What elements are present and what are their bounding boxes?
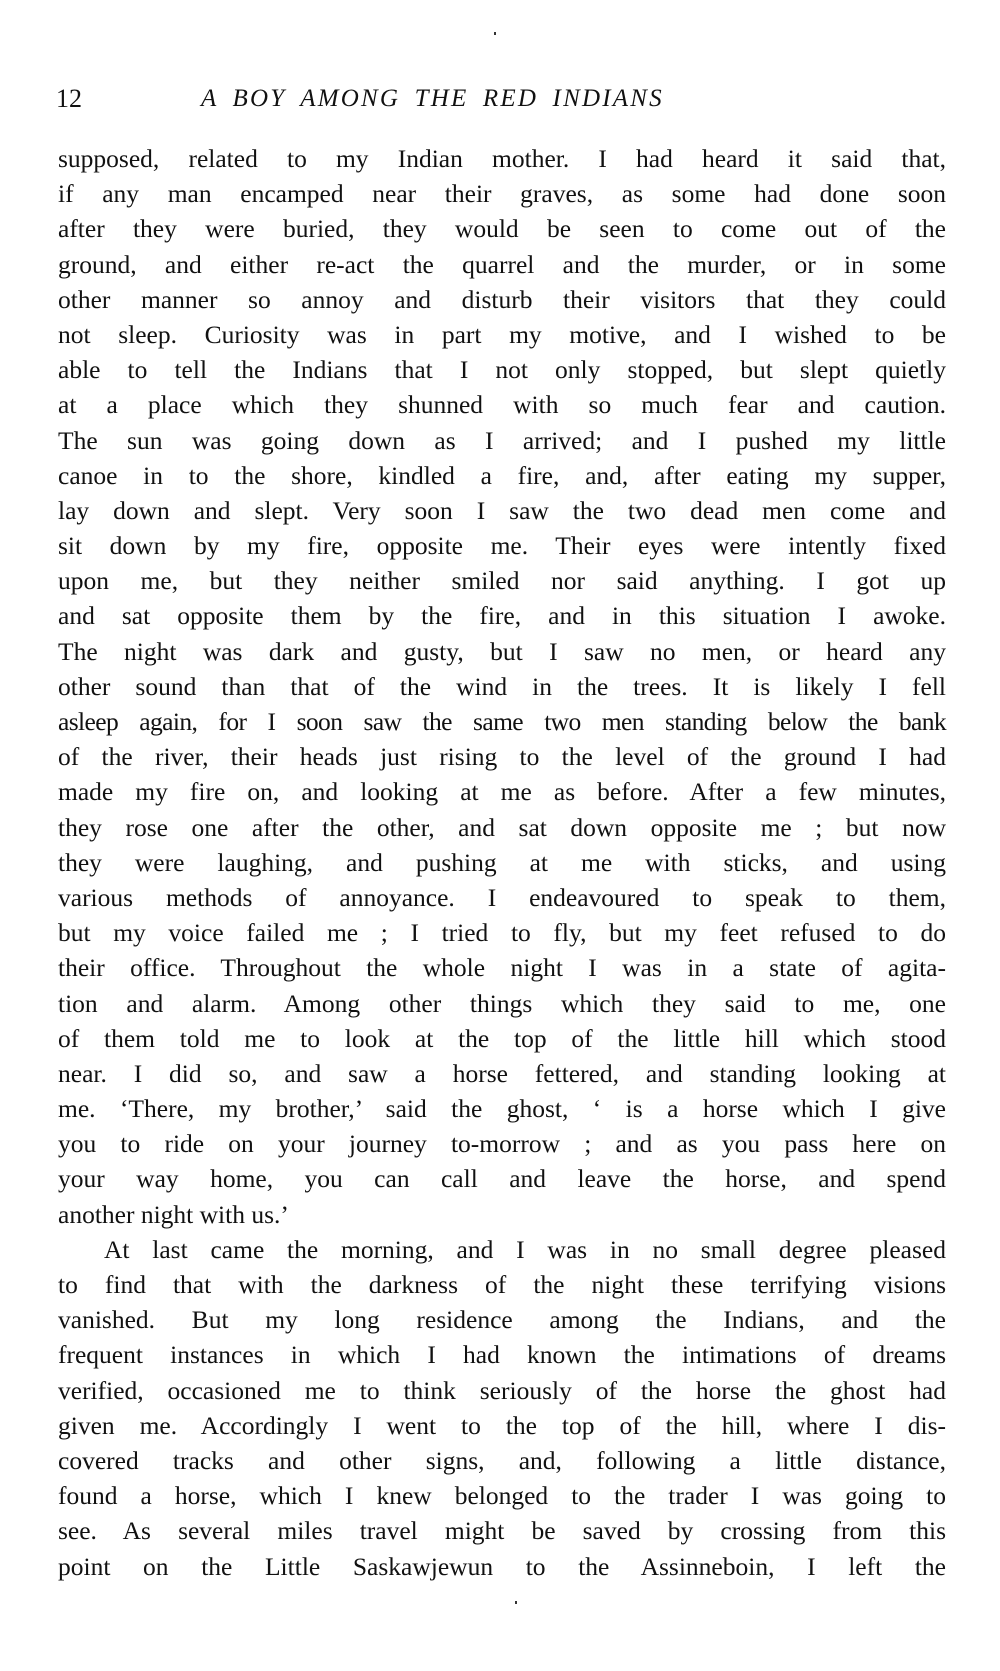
text-line: me. ‘There, my brother,’ said the ghost,…	[58, 1091, 946, 1126]
text-line: vanished. But my long residence among th…	[58, 1302, 946, 1337]
text-line: point on the Little Saskawjewun to the A…	[58, 1549, 946, 1584]
text-line: given me. Accordingly I went to the top …	[58, 1408, 946, 1443]
text-line: made my fire on, and looking at me as be…	[58, 774, 946, 809]
text-line: after they were buried, they would be se…	[58, 211, 946, 246]
text-line: sit down by my fire, opposite me. Their …	[58, 528, 946, 563]
text-line: supposed, related to my Indian mother. I…	[58, 141, 946, 176]
text-line: found a horse, which I knew belonged to …	[58, 1478, 946, 1513]
text-line: canoe in to the shore, kindled a fire, a…	[58, 458, 946, 493]
text-line: see. As several miles travel might be sa…	[58, 1513, 946, 1548]
text-line: other sound than that of the wind in the…	[58, 669, 946, 704]
text-line: The night was dark and gusty, but I saw …	[58, 634, 946, 669]
text-line: you to ride on your journey to-morrow ; …	[58, 1126, 946, 1161]
scan-speck	[515, 1601, 517, 1604]
paragraph: At last came the morning, and I was in n…	[58, 1232, 946, 1584]
text-line: another night with us.’	[58, 1197, 946, 1232]
text-line: and sat opposite them by the fire, and i…	[58, 598, 946, 633]
text-line: able to tell the Indians that I not only…	[58, 352, 946, 387]
text-line: of them told me to look at the top of th…	[58, 1021, 946, 1056]
paragraph: supposed, related to my Indian mother. I…	[58, 141, 946, 1232]
page-header: 12 A BOY AMONG THE RED INDIANS	[56, 82, 946, 116]
text-line: not sleep. Curiosity was in part my moti…	[58, 317, 946, 352]
text-line: upon me, but they neither smiled nor sai…	[58, 563, 946, 598]
text-line: other manner so annoy and disturb their …	[58, 282, 946, 317]
text-line: various methods of annoyance. I endeavou…	[58, 880, 946, 915]
text-line: covered tracks and other signs, and, fol…	[58, 1443, 946, 1478]
text-line: they were laughing, and pushing at me wi…	[58, 845, 946, 880]
text-line: frequent instances in which I had known …	[58, 1337, 946, 1372]
text-line: if any man encamped near their graves, a…	[58, 176, 946, 211]
text-line: near. I did so, and saw a horse fettered…	[58, 1056, 946, 1091]
text-line: to find that with the darkness of the ni…	[58, 1267, 946, 1302]
text-line: but my voice failed me ; I tried to fly,…	[58, 915, 946, 950]
text-line: ground, and either re-act the quarrel an…	[58, 247, 946, 282]
text-line: your way home, you can call and leave th…	[58, 1161, 946, 1196]
page-number: 12	[56, 82, 82, 116]
text-line: verified, occasioned me to think serious…	[58, 1373, 946, 1408]
text-line: their office. Throughout the whole night…	[58, 950, 946, 985]
body-text: supposed, related to my Indian mother. I…	[58, 141, 946, 1584]
text-line: at a place which they shunned with so mu…	[58, 387, 946, 422]
scan-speck	[494, 32, 496, 35]
text-line: they rose one after the other, and sat d…	[58, 810, 946, 845]
text-line: The sun was going down as I arrived; and…	[58, 423, 946, 458]
text-line: lay down and slept. Very soon I saw the …	[58, 493, 946, 528]
text-line: tion and alarm. Among other things which…	[58, 986, 946, 1021]
text-line: of the river, their heads just rising to…	[58, 739, 946, 774]
running-title: A BOY AMONG THE RED INDIANS	[201, 82, 807, 116]
text-line: asleep again, for I soon saw the same tw…	[58, 704, 946, 739]
text-line: At last came the morning, and I was in n…	[58, 1232, 946, 1267]
